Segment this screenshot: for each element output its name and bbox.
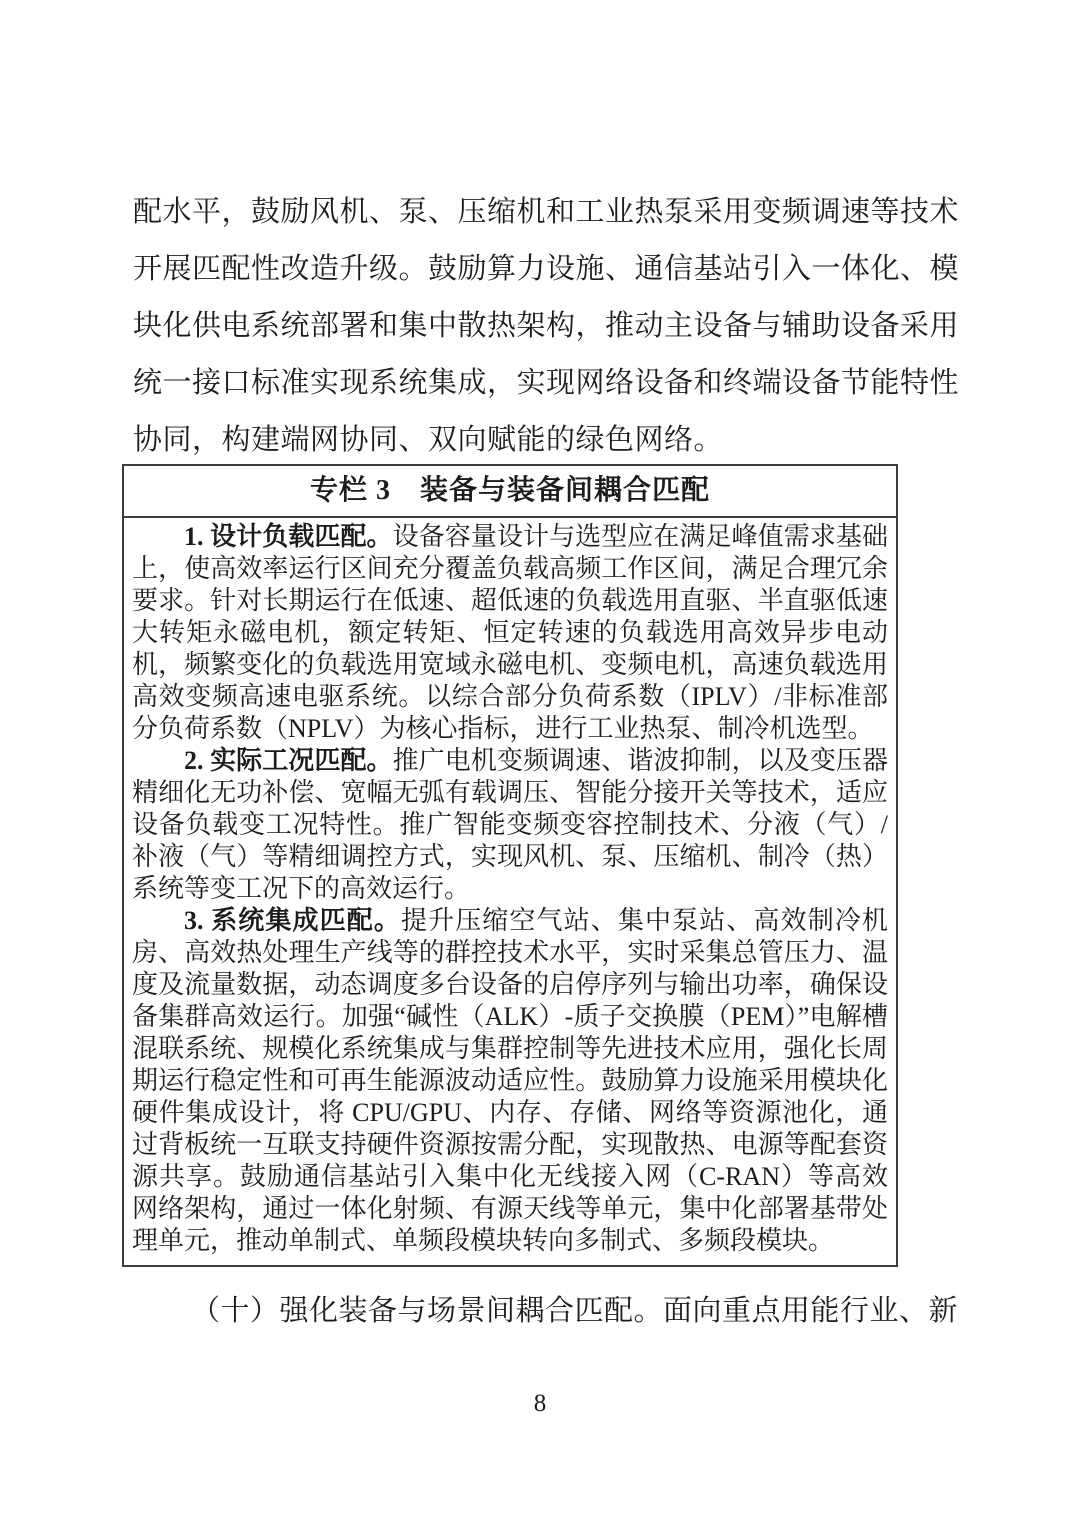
intro-paragraph: 配水平，鼓励风机、泵、压缩机和工业热泵采用变频调速等技术开展匹配性改造升级。鼓励…: [133, 184, 959, 469]
box-paragraph-1: 1. 设计负载匹配。设备容量设计与选型应在满足峰值需求基础上，使高效率运行区间充…: [132, 521, 888, 745]
box-paragraph-3-lead: 3. 系统集成匹配。: [184, 906, 401, 935]
highlight-box-title: 专栏 3 装备与装备间耦合匹配: [124, 466, 896, 518]
document-page: 配水平，鼓励风机、泵、压缩机和工业热泵采用变频调速等技术开展匹配性改造升级。鼓励…: [0, 0, 1080, 1527]
closing-paragraph-lead: （十）强化装备与场景间耦合匹配。: [191, 1295, 663, 1327]
box-paragraph-1-lead: 1. 设计负载匹配。: [184, 522, 393, 551]
highlight-box: 专栏 3 装备与装备间耦合匹配 1. 设计负载匹配。设备容量设计与选型应在满足峰…: [122, 464, 898, 1267]
page-number: 8: [0, 1390, 1080, 1418]
box-paragraph-3: 3. 系统集成匹配。提升压缩空气站、集中泵站、高效制冷机房、高效热处理生产线等的…: [132, 905, 888, 1257]
highlight-box-body: 1. 设计负载匹配。设备容量设计与选型应在满足峰值需求基础上，使高效率运行区间充…: [124, 518, 896, 1265]
closing-paragraph: （十）强化装备与场景间耦合匹配。面向重点用能行业、新: [133, 1285, 959, 1337]
box-paragraph-1-text: 设备容量设计与选型应在满足峰值需求基础上，使高效率运行区间充分覆盖负载高频工作区…: [132, 522, 888, 743]
box-paragraph-3-text: 提升压缩空气站、集中泵站、高效制冷机房、高效热处理生产线等的群控技术水平，实时采…: [132, 906, 888, 1255]
closing-paragraph-text: 面向重点用能行业、新: [663, 1295, 958, 1327]
box-paragraph-2-lead: 2. 实际工况匹配。: [184, 746, 393, 775]
box-paragraph-2: 2. 实际工况匹配。推广电机变频调速、谐波抑制，以及变压器精细化无功补偿、宽幅无…: [132, 745, 888, 905]
